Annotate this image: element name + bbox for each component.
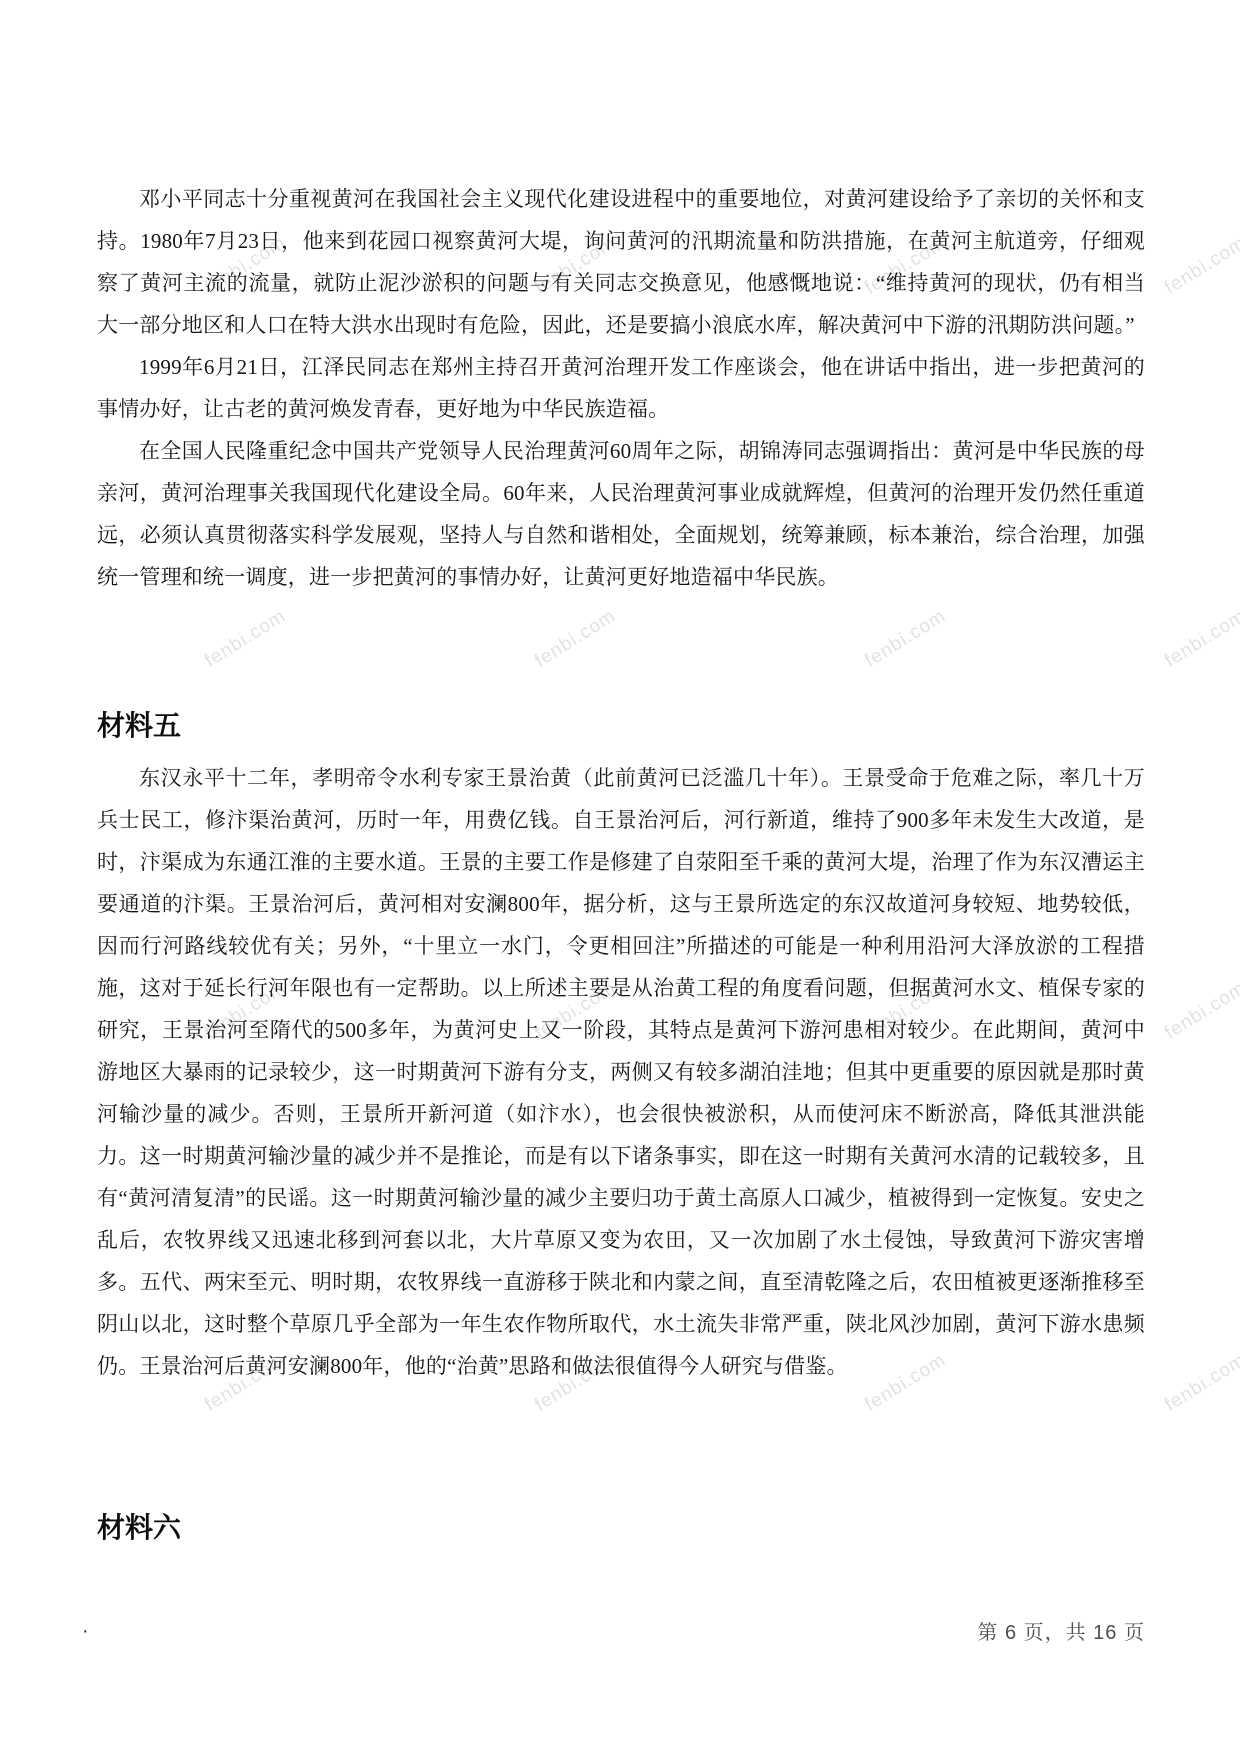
section-heading-material-5: 材料五 <box>97 704 1145 744</box>
intro-paragraphs: 邓小平同志十分重视黄河在我国社会主义现代化建设进程中的重要地位，对黄河建设给予了… <box>97 178 1145 598</box>
document-page: { "page": { "paragraphs": { "p1": "邓小平同志… <box>0 0 1240 1754</box>
section-heading-material-6: 材料六 <box>97 1506 1145 1546</box>
footer-dot: · <box>82 1620 89 1643</box>
paragraph-jiang-zemin: 1999年6月21日，江泽民同志在郑州主持召开黄河治理开发工作座谈会，他在讲话中… <box>97 346 1145 430</box>
paragraph-hu-jintao: 在全国人民隆重纪念中国共产党领导人民治理黄河60周年之际，胡锦涛同志强调指出：黄… <box>97 430 1145 598</box>
page-number-label: 第 6 页，共 16 页 <box>97 1616 1145 1645</box>
paragraph-wang-jing: 东汉永平十二年，孝明帝令水利专家王景治黄（此前黄河已泛滥几十年）。王景受命于危难… <box>97 757 1145 1387</box>
paragraph-deng-xiaoping: 邓小平同志十分重视黄河在我国社会主义现代化建设进程中的重要地位，对黄河建设给予了… <box>97 178 1145 346</box>
section-body-material-5: 东汉永平十二年，孝明帝令水利专家王景治黄（此前黄河已泛滥几十年）。王景受命于危难… <box>97 757 1145 1387</box>
document-content: 邓小平同志十分重视黄河在我国社会主义现代化建设进程中的重要地位，对黄河建设给予了… <box>0 0 1240 1754</box>
